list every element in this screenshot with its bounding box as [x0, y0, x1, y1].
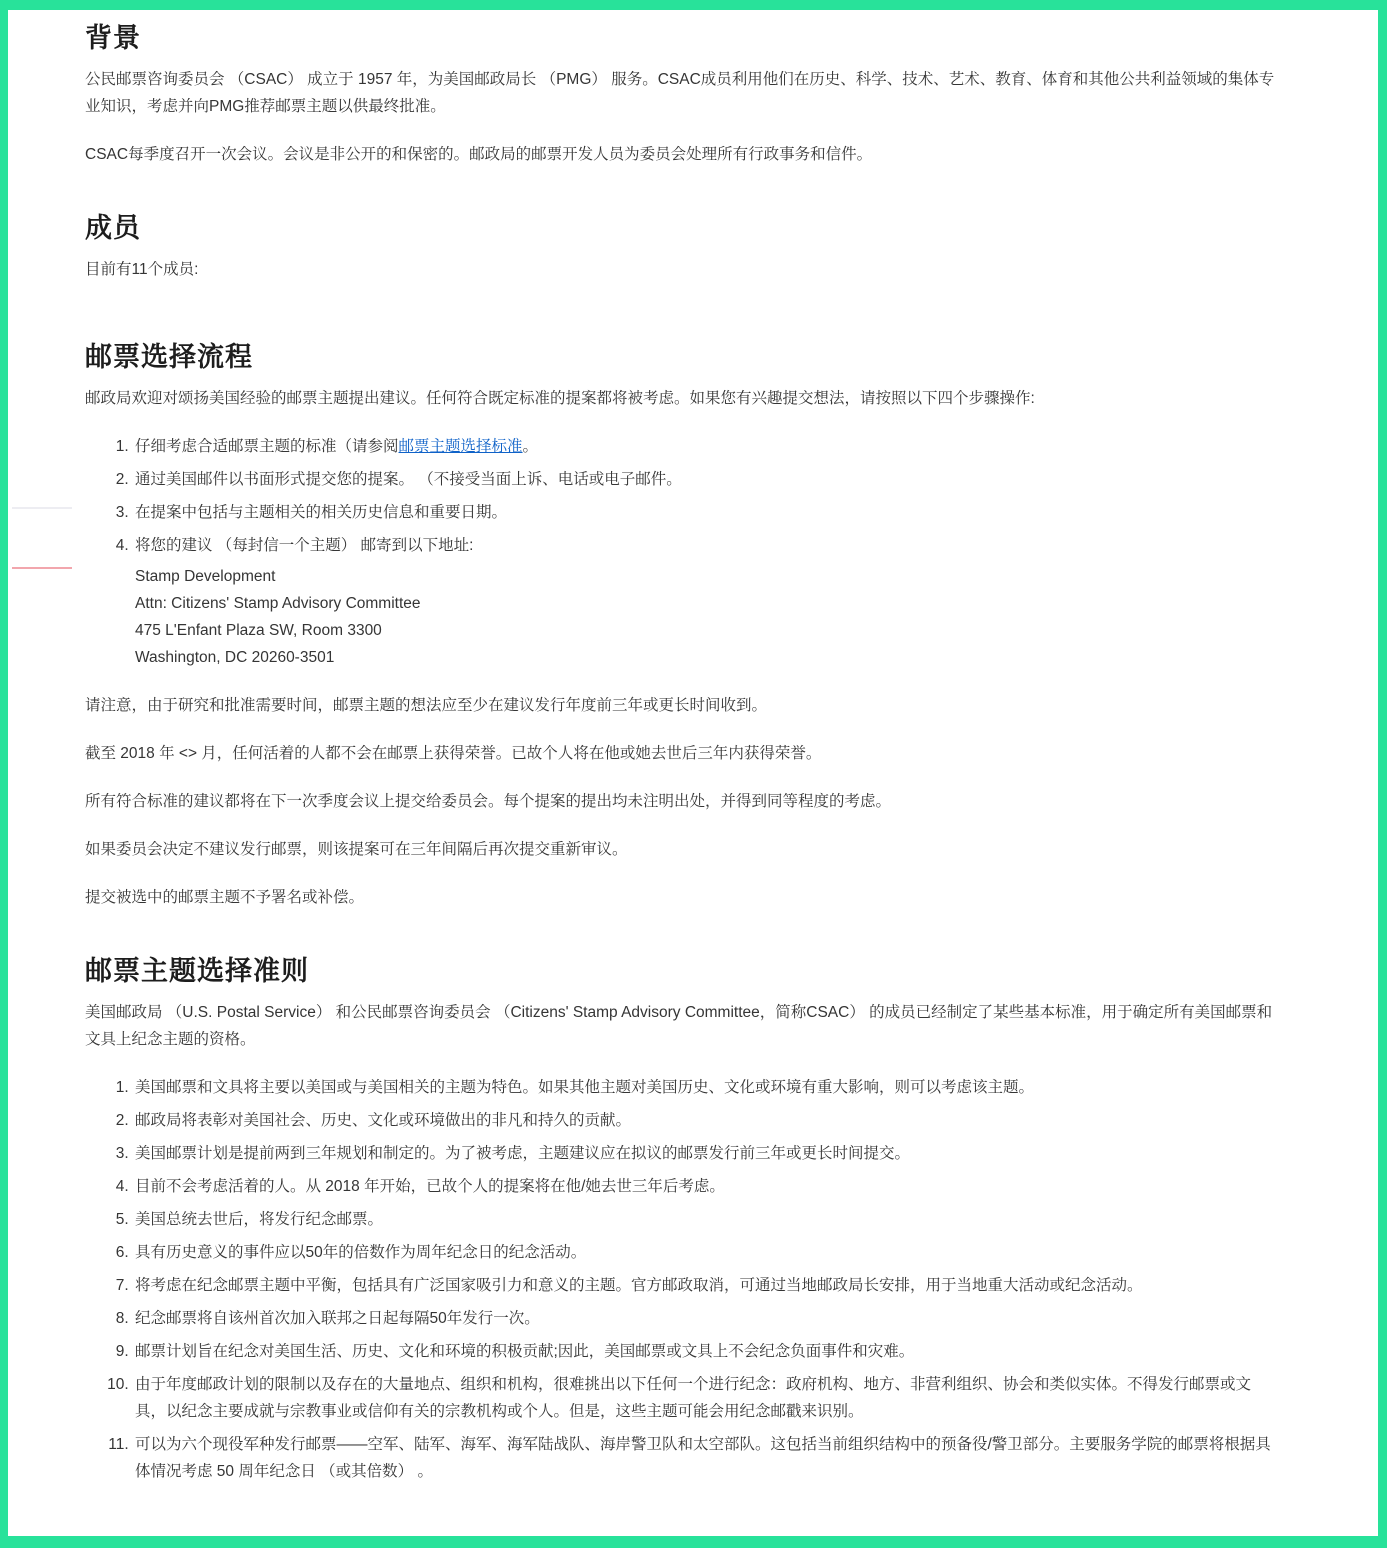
section-background: 背景 公民邮票咨询委员会 （CSAC） 成立于 1957 年，为美国邮政局长 （…	[85, 22, 1278, 168]
background-paragraph-1: 公民邮票咨询委员会 （CSAC） 成立于 1957 年，为美国邮政局长 （PMG…	[85, 66, 1278, 120]
criteria-item-7: 将考虑在纪念邮票主题中平衡，包括具有广泛国家吸引力和意义的主题。官方邮政取消，可…	[133, 1272, 1278, 1299]
heading-members: 成员	[85, 212, 1278, 244]
step-1-text-post: 。	[523, 438, 539, 455]
criteria-item-8: 纪念邮票将自该州首次加入联邦之日起每隔50年发行一次。	[133, 1305, 1278, 1332]
criteria-item-4: 目前不会考虑活着的人。从 2018 年开始，已故个人的提案将在他/她去世三年后考…	[133, 1173, 1278, 1200]
criteria-list: 美国邮票和文具将主要以美国或与美国相关的主题为特色。如果其他主题对美国历史、文化…	[85, 1074, 1278, 1485]
members-count-text: 目前有11个成员:	[85, 256, 1278, 283]
criteria-item-10: 由于年度邮政计划的限制以及存在的大量地点、组织和机构，很难挑出以下任何一个进行纪…	[133, 1371, 1278, 1425]
section-criteria: 邮票主题选择准则 美国邮政局 （U.S. Postal Service） 和公民…	[85, 955, 1278, 1485]
criteria-item-11: 可以为六个现役军种发行邮票——空军、陆军、海军、海军陆战队、海岸警卫队和太空部队…	[133, 1431, 1278, 1485]
process-note-3: 所有符合标准的建议都将在下一次季度会议上提交给委员会。每个提案的提出均未注明出处…	[85, 788, 1278, 815]
address-line: Stamp Development	[135, 563, 1278, 590]
criteria-item-2: 邮政局将表彰对美国社会、历史、文化或环境做出的非凡和持久的贡献。	[133, 1107, 1278, 1134]
process-note-4: 如果委员会决定不建议发行邮票，则该提案可在三年间隔后再次提交重新审议。	[85, 836, 1278, 863]
process-steps-list: 仔细考虑合适邮票主题的标准（请参阅邮票主题选择标准。 通过美国邮件以书面形式提交…	[85, 433, 1278, 671]
process-intro: 邮政局欢迎对颂扬美国经验的邮票主题提出建议。任何符合既定标准的提案都将被考虑。如…	[85, 385, 1278, 412]
section-members: 成员 目前有11个成员:	[85, 212, 1278, 283]
section-selection-process: 邮票选择流程 邮政局欢迎对颂扬美国经验的邮票主题提出建议。任何符合既定标准的提案…	[85, 341, 1278, 911]
process-step-4: 将您的建议 （每封信一个主题） 邮寄到以下地址: Stamp Developme…	[133, 532, 1278, 671]
heading-criteria: 邮票主题选择准则	[85, 955, 1278, 987]
address-line: Washington, DC 20260-3501	[135, 644, 1278, 671]
process-note-2: 截至 2018 年 <> 月，任何活着的人都不会在邮票上获得荣誉。已故个人将在他…	[85, 740, 1278, 767]
criteria-item-3: 美国邮票计划是提前两到三年规划和制定的。为了被考虑，主题建议应在拟议的邮票发行前…	[133, 1140, 1278, 1167]
page-frame: 背景 公民邮票咨询委员会 （CSAC） 成立于 1957 年，为美国邮政局长 （…	[0, 0, 1387, 1548]
process-notes: 请注意，由于研究和批准需要时间，邮票主题的想法应至少在建议发行年度前三年或更长时…	[85, 692, 1278, 911]
criteria-item-9: 邮票计划旨在纪念对美国生活、历史、文化和环境的积极贡献;因此，美国邮票或文具上不…	[133, 1338, 1278, 1365]
criteria-item-5: 美国总统去世后，将发行纪念邮票。	[133, 1206, 1278, 1233]
address-line: 475 L'Enfant Plaza SW, Room 3300	[135, 617, 1278, 644]
step-1-text-pre: 仔细考虑合适邮票主题的标准（请参阅	[135, 438, 399, 455]
address-line: Attn: Citizens' Stamp Advisory Committee	[135, 590, 1278, 617]
artifact-line-gray	[12, 507, 72, 509]
criteria-intro: 美国邮政局 （U.S. Postal Service） 和公民邮票咨询委员会 （…	[85, 999, 1278, 1053]
stamp-criteria-link[interactable]: 邮票主题选择标准	[399, 438, 523, 455]
process-note-5: 提交被选中的邮票主题不予署名或补偿。	[85, 884, 1278, 911]
artifact-line-pink	[12, 567, 72, 569]
criteria-item-1: 美国邮票和文具将主要以美国或与美国相关的主题为特色。如果其他主题对美国历史、文化…	[133, 1074, 1278, 1101]
heading-background: 背景	[85, 22, 1278, 54]
heading-selection-process: 邮票选择流程	[85, 341, 1278, 373]
process-step-1: 仔细考虑合适邮票主题的标准（请参阅邮票主题选择标准。	[133, 433, 1278, 460]
step-4-text: 将您的建议 （每封信一个主题） 邮寄到以下地址:	[135, 537, 473, 554]
article-content: 背景 公民邮票咨询委员会 （CSAC） 成立于 1957 年，为美国邮政局长 （…	[8, 10, 1378, 1536]
mailing-address-block: Stamp Development Attn: Citizens' Stamp …	[135, 563, 1278, 671]
process-step-2: 通过美国邮件以书面形式提交您的提案。 （不接受当面上诉、电话或电子邮件。	[133, 466, 1278, 493]
process-note-1: 请注意，由于研究和批准需要时间，邮票主题的想法应至少在建议发行年度前三年或更长时…	[85, 692, 1278, 719]
criteria-item-6: 具有历史意义的事件应以50年的倍数作为周年纪念日的纪念活动。	[133, 1239, 1278, 1266]
background-paragraph-2: CSAC每季度召开一次会议。会议是非公开的和保密的。邮政局的邮票开发人员为委员会…	[85, 141, 1278, 168]
process-step-3: 在提案中包括与主题相关的相关历史信息和重要日期。	[133, 499, 1278, 526]
